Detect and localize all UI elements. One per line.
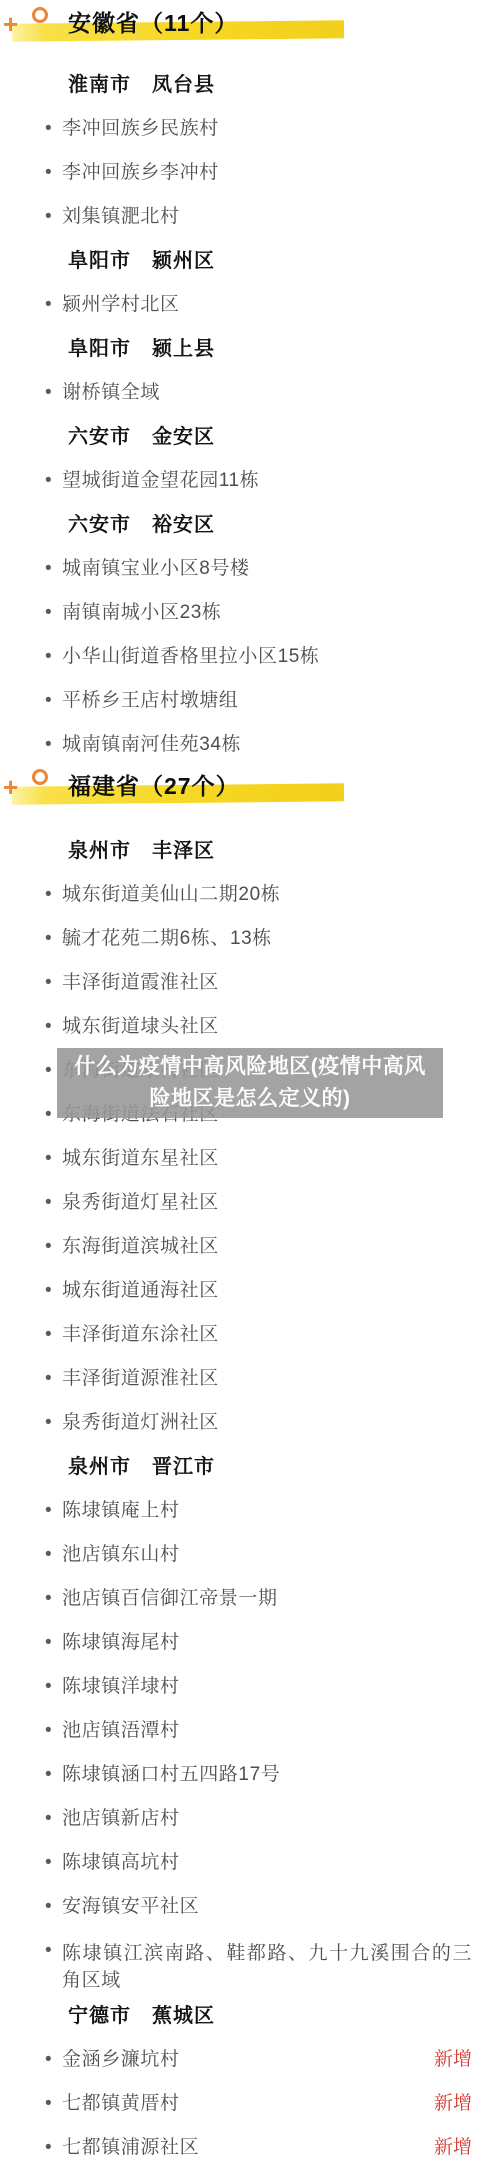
item-text: 东海街道滨城社区 bbox=[62, 1236, 472, 1258]
bullet-icon: • bbox=[45, 382, 62, 404]
bullet-icon: • bbox=[45, 1764, 62, 1786]
bullet-icon: • bbox=[45, 206, 62, 228]
item-text: 陈埭镇涵口村五四路17号 bbox=[62, 1764, 472, 1786]
list-item: •城南镇宝业小区8号楼 bbox=[0, 547, 500, 591]
item-text: 陈埭镇庵上村 bbox=[62, 1500, 472, 1522]
item-text: 池店镇东山村 bbox=[62, 1544, 472, 1566]
item-text: 城东街道东星社区 bbox=[62, 1148, 472, 1170]
list-item: •泉秀街道灯洲社区 bbox=[0, 1401, 500, 1445]
item-text: 刘集镇淝北村 bbox=[62, 206, 472, 228]
bullet-icon: • bbox=[45, 118, 62, 140]
item-text: 泉秀街道灯洲社区 bbox=[62, 1412, 472, 1434]
bullet-icon: • bbox=[45, 602, 62, 624]
item-text: 城南镇宝业小区8号楼 bbox=[62, 558, 472, 580]
list-item: •城东街道美仙山二期20栋 bbox=[0, 873, 500, 917]
list-item: •池店镇东山村 bbox=[0, 1533, 500, 1577]
item-text: 城南镇南河佳苑34栋 bbox=[62, 734, 472, 756]
group-header: 六安市 裕安区 bbox=[0, 503, 500, 547]
list-item: •泉秀街道灯星社区 bbox=[0, 1181, 500, 1225]
item-text: 颍州学村北区 bbox=[62, 294, 472, 316]
list-item: •南镇南城小区23栋 bbox=[0, 591, 500, 635]
list-item: •七都镇浦源社区新增 bbox=[0, 2126, 500, 2170]
bullet-icon: • bbox=[45, 1632, 62, 1654]
list-item: •陈埭镇庵上村 bbox=[0, 1489, 500, 1533]
item-text: 泉秀街道灯星社区 bbox=[62, 1192, 472, 1214]
bullet-icon: • bbox=[45, 470, 62, 492]
bullet-icon: • bbox=[45, 2049, 62, 2071]
list-item: •颍州学村北区 bbox=[0, 283, 500, 327]
province-title: 福建省（27个） bbox=[0, 771, 500, 801]
bullet-icon: • bbox=[45, 972, 62, 994]
item-text: 丰泽街道霞淮社区 bbox=[62, 972, 472, 994]
group-header: 宁德市 蕉城区 bbox=[0, 1994, 500, 2038]
list-item: •李冲回族乡李冲村 bbox=[0, 151, 500, 195]
group-header-label: 宁德市 蕉城区 bbox=[68, 2005, 472, 2027]
bullet-icon: • bbox=[45, 928, 62, 950]
list-item: •望城街道金望花园11栋 bbox=[0, 459, 500, 503]
list-item: •丰泽街道源淮社区 bbox=[0, 1357, 500, 1401]
new-badge: 新增 bbox=[434, 2093, 472, 2115]
bullet-icon: • bbox=[45, 2093, 62, 2115]
new-badge: 新增 bbox=[434, 2049, 472, 2071]
watermark-line: 险地区是怎么定义的) bbox=[65, 1083, 435, 1115]
list-item: •小华山街道香格里拉小区15栋 bbox=[0, 635, 500, 679]
list-item: •丰泽街道东涂社区 bbox=[0, 1313, 500, 1357]
bullet-icon: • bbox=[45, 734, 62, 756]
bullet-icon: • bbox=[45, 1016, 62, 1038]
item-text: 金涵乡濂坑村 bbox=[62, 2049, 419, 2071]
bullet-icon: • bbox=[45, 558, 62, 580]
bullet-icon: • bbox=[45, 1148, 62, 1170]
bullet-icon: • bbox=[45, 1896, 62, 1918]
group-header: 六安市 金安区 bbox=[0, 415, 500, 459]
group-header: 阜阳市 颍上县 bbox=[0, 327, 500, 371]
bullet-icon: • bbox=[45, 1588, 62, 1610]
list-item: •池店镇浯潭村 bbox=[0, 1709, 500, 1753]
bullet-icon: • bbox=[45, 1808, 62, 1830]
list-item: •陈埭镇高坑村 bbox=[0, 1841, 500, 1885]
bullet-icon: • bbox=[45, 646, 62, 668]
bullet-icon: • bbox=[45, 1852, 62, 1874]
list-item: •安海镇安平社区 bbox=[0, 1885, 500, 1929]
list-item: •城东街道通海社区 bbox=[0, 1269, 500, 1313]
list-item: •刘集镇淝北村 bbox=[0, 195, 500, 239]
list-item: •城东街道东星社区 bbox=[0, 1137, 500, 1181]
list-item: •金涵乡濂坑村新增 bbox=[0, 2038, 500, 2082]
bullet-icon: • bbox=[45, 1940, 62, 1962]
item-text: 小华山街道香格里拉小区15栋 bbox=[62, 646, 472, 668]
item-text: 望城街道金望花园11栋 bbox=[62, 470, 472, 492]
item-text: 七都镇黄厝村 bbox=[62, 2093, 419, 2115]
item-text: 陈埭镇高坑村 bbox=[62, 1852, 472, 1874]
group-header-label: 阜阳市 颍上县 bbox=[68, 338, 472, 360]
new-badge: 新增 bbox=[434, 2137, 472, 2159]
bullet-icon: • bbox=[45, 2137, 62, 2159]
province-title: 安徽省（11个） bbox=[0, 8, 500, 38]
item-text: 丰泽街道东涂社区 bbox=[62, 1324, 472, 1346]
bullet-icon: • bbox=[45, 162, 62, 184]
item-text: 城东街道美仙山二期20栋 bbox=[62, 884, 472, 906]
item-text: 谢桥镇全域 bbox=[62, 382, 472, 404]
list-item: •平桥乡王店村墩塘组 bbox=[0, 679, 500, 723]
watermark-overlay: 什么为疫情中高风险地区(疫情中高风 险地区是怎么定义的) bbox=[57, 1048, 443, 1118]
item-text: 平桥乡王店村墩塘组 bbox=[62, 690, 472, 712]
item-text: 池店镇新店村 bbox=[62, 1808, 472, 1830]
bullet-icon: • bbox=[45, 690, 62, 712]
list-item: •谢桥镇全域 bbox=[0, 371, 500, 415]
group-header: 淮南市 凤台县 bbox=[0, 63, 500, 107]
list-item: •陈埭镇江滨南路、鞋都路、九十九溪围合的三角区域 bbox=[0, 1929, 500, 1994]
bullet-icon: • bbox=[45, 1500, 62, 1522]
bullet-icon: • bbox=[45, 1368, 62, 1390]
bullet-icon: • bbox=[45, 294, 62, 316]
item-text: 陈埭镇江滨南路、鞋都路、九十九溪围合的三角区域 bbox=[62, 1940, 472, 1994]
bullet-icon: • bbox=[45, 1192, 62, 1214]
item-text: 南镇南城小区23栋 bbox=[62, 602, 472, 624]
item-text: 安海镇安平社区 bbox=[62, 1896, 472, 1918]
province-header: +安徽省（11个） bbox=[0, 8, 500, 56]
list-item: •城东街道埭头社区 bbox=[0, 1005, 500, 1049]
list-item: •七都镇黄厝村新增 bbox=[0, 2082, 500, 2126]
group-header-label: 泉州市 丰泽区 bbox=[68, 840, 472, 862]
group-header-label: 阜阳市 颍州区 bbox=[68, 250, 472, 272]
list-item: •陈埭镇涵口村五四路17号 bbox=[0, 1753, 500, 1797]
list-item: •池店镇新店村 bbox=[0, 1797, 500, 1841]
group-header: 泉州市 丰泽区 bbox=[0, 829, 500, 873]
list-item: •李冲回族乡民族村 bbox=[0, 107, 500, 151]
item-text: 李冲回族乡李冲村 bbox=[62, 162, 472, 184]
watermark-line: 什么为疫情中高风险地区(疫情中高风 bbox=[65, 1051, 435, 1083]
item-text: 池店镇百信御江帝景一期 bbox=[62, 1588, 472, 1610]
bullet-icon: • bbox=[45, 1412, 62, 1434]
item-text: 城东街道埭头社区 bbox=[62, 1016, 472, 1038]
bullet-icon: • bbox=[45, 1676, 62, 1698]
bullet-icon: • bbox=[45, 1544, 62, 1566]
list-item: •东海街道滨城社区 bbox=[0, 1225, 500, 1269]
item-text: 城东街道通海社区 bbox=[62, 1280, 472, 1302]
group-header-label: 泉州市 晋江市 bbox=[68, 1456, 472, 1478]
list-item: •池店镇百信御江帝景一期 bbox=[0, 1577, 500, 1621]
bullet-icon: • bbox=[45, 1720, 62, 1742]
bullet-icon: • bbox=[45, 884, 62, 906]
list-item: •毓才花苑二期6栋、13栋 bbox=[0, 917, 500, 961]
bullet-icon: • bbox=[45, 1280, 62, 1302]
item-text: 陈埭镇洋埭村 bbox=[62, 1676, 472, 1698]
bullet-icon: • bbox=[45, 1324, 62, 1346]
list-item: •城南镇南河佳苑34栋 bbox=[0, 723, 500, 767]
group-header-label: 六安市 裕安区 bbox=[68, 514, 472, 536]
item-text: 池店镇浯潭村 bbox=[62, 1720, 472, 1742]
group-header: 阜阳市 颍州区 bbox=[0, 239, 500, 283]
list-item: •陈埭镇海尾村 bbox=[0, 1621, 500, 1665]
item-text: 毓才花苑二期6栋、13栋 bbox=[62, 928, 472, 950]
list-item: •陈埭镇洋埭村 bbox=[0, 1665, 500, 1709]
group-header: 泉州市 晋江市 bbox=[0, 1445, 500, 1489]
item-text: 七都镇浦源社区 bbox=[62, 2137, 419, 2159]
province-header: +福建省（27个） bbox=[0, 771, 500, 819]
group-header-label: 淮南市 凤台县 bbox=[68, 74, 472, 96]
item-text: 李冲回族乡民族村 bbox=[62, 118, 472, 140]
bullet-icon: • bbox=[45, 1236, 62, 1258]
item-text: 丰泽街道源淮社区 bbox=[62, 1368, 472, 1390]
group-header-label: 六安市 金安区 bbox=[68, 426, 472, 448]
item-text: 陈埭镇海尾村 bbox=[62, 1632, 472, 1654]
list-item: •丰泽街道霞淮社区 bbox=[0, 961, 500, 1005]
